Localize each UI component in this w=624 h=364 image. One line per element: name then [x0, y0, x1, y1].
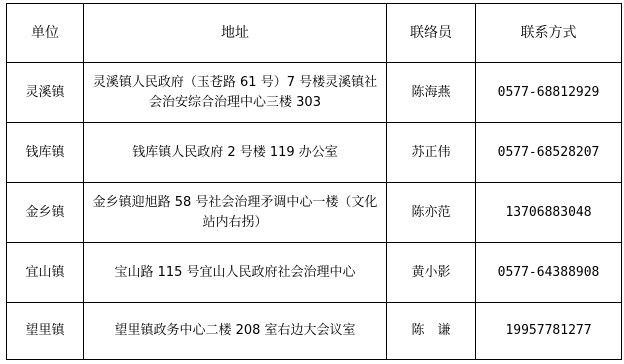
- header-address: 地址: [84, 4, 387, 63]
- unit-cell: 灵溪镇: [7, 63, 84, 123]
- contact-person-cell: 黄小影: [387, 243, 476, 303]
- unit-cell: 金乡镇: [7, 183, 84, 243]
- table-body: 灵溪镇 灵溪镇人民政府（玉苍路 61 号）7 号楼灵溪镇社会治安综合治理中心三楼…: [7, 63, 622, 360]
- table-header: 单位 地址 联络员 联系方式: [7, 4, 622, 63]
- contact-person-cell: 陈亦范: [387, 183, 476, 243]
- address-cell: 望里镇政务中心二楼 208 室右边大会议室: [84, 303, 387, 360]
- header-row: 单位 地址 联络员 联系方式: [7, 4, 622, 63]
- table-row: 灵溪镇 灵溪镇人民政府（玉苍路 61 号）7 号楼灵溪镇社会治安综合治理中心三楼…: [7, 63, 622, 123]
- address-cell: 宝山路 115 号宜山人民政府社会治理中心: [84, 243, 387, 303]
- table-row: 宜山镇 宝山路 115 号宜山人民政府社会治理中心 黄小影 0577-64388…: [7, 243, 622, 303]
- unit-cell: 宜山镇: [7, 243, 84, 303]
- address-cell: 金乡镇迎旭路 58 号社会治理矛调中心一楼（文化站内右拐）: [84, 183, 387, 243]
- header-unit: 单位: [7, 4, 84, 63]
- header-contact-person: 联络员: [387, 4, 476, 63]
- contact-table: 单位 地址 联络员 联系方式 灵溪镇 灵溪镇人民政府（玉苍路 61 号）7 号楼…: [6, 3, 622, 360]
- phone-cell: 0577-68528207: [476, 123, 622, 183]
- header-contact-method: 联系方式: [476, 4, 622, 63]
- address-cell: 灵溪镇人民政府（玉苍路 61 号）7 号楼灵溪镇社会治安综合治理中心三楼 303: [84, 63, 387, 123]
- unit-cell: 望里镇: [7, 303, 84, 360]
- contact-person-cell: 陈海燕: [387, 63, 476, 123]
- phone-cell: 13706883048: [476, 183, 622, 243]
- table-row: 钱库镇 钱库镇人民政府 2 号楼 119 办公室 苏正伟 0577-685282…: [7, 123, 622, 183]
- address-cell: 钱库镇人民政府 2 号楼 119 办公室: [84, 123, 387, 183]
- unit-cell: 钱库镇: [7, 123, 84, 183]
- contact-person-cell: 苏正伟: [387, 123, 476, 183]
- table-row: 望里镇 望里镇政务中心二楼 208 室右边大会议室 陈 谦 1995778127…: [7, 303, 622, 360]
- contact-person-cell: 陈 谦: [387, 303, 476, 360]
- phone-cell: 0577-64388908: [476, 243, 622, 303]
- phone-cell: 0577-68812929: [476, 63, 622, 123]
- table-row: 金乡镇 金乡镇迎旭路 58 号社会治理矛调中心一楼（文化站内右拐） 陈亦范 13…: [7, 183, 622, 243]
- phone-cell: 19957781277: [476, 303, 622, 360]
